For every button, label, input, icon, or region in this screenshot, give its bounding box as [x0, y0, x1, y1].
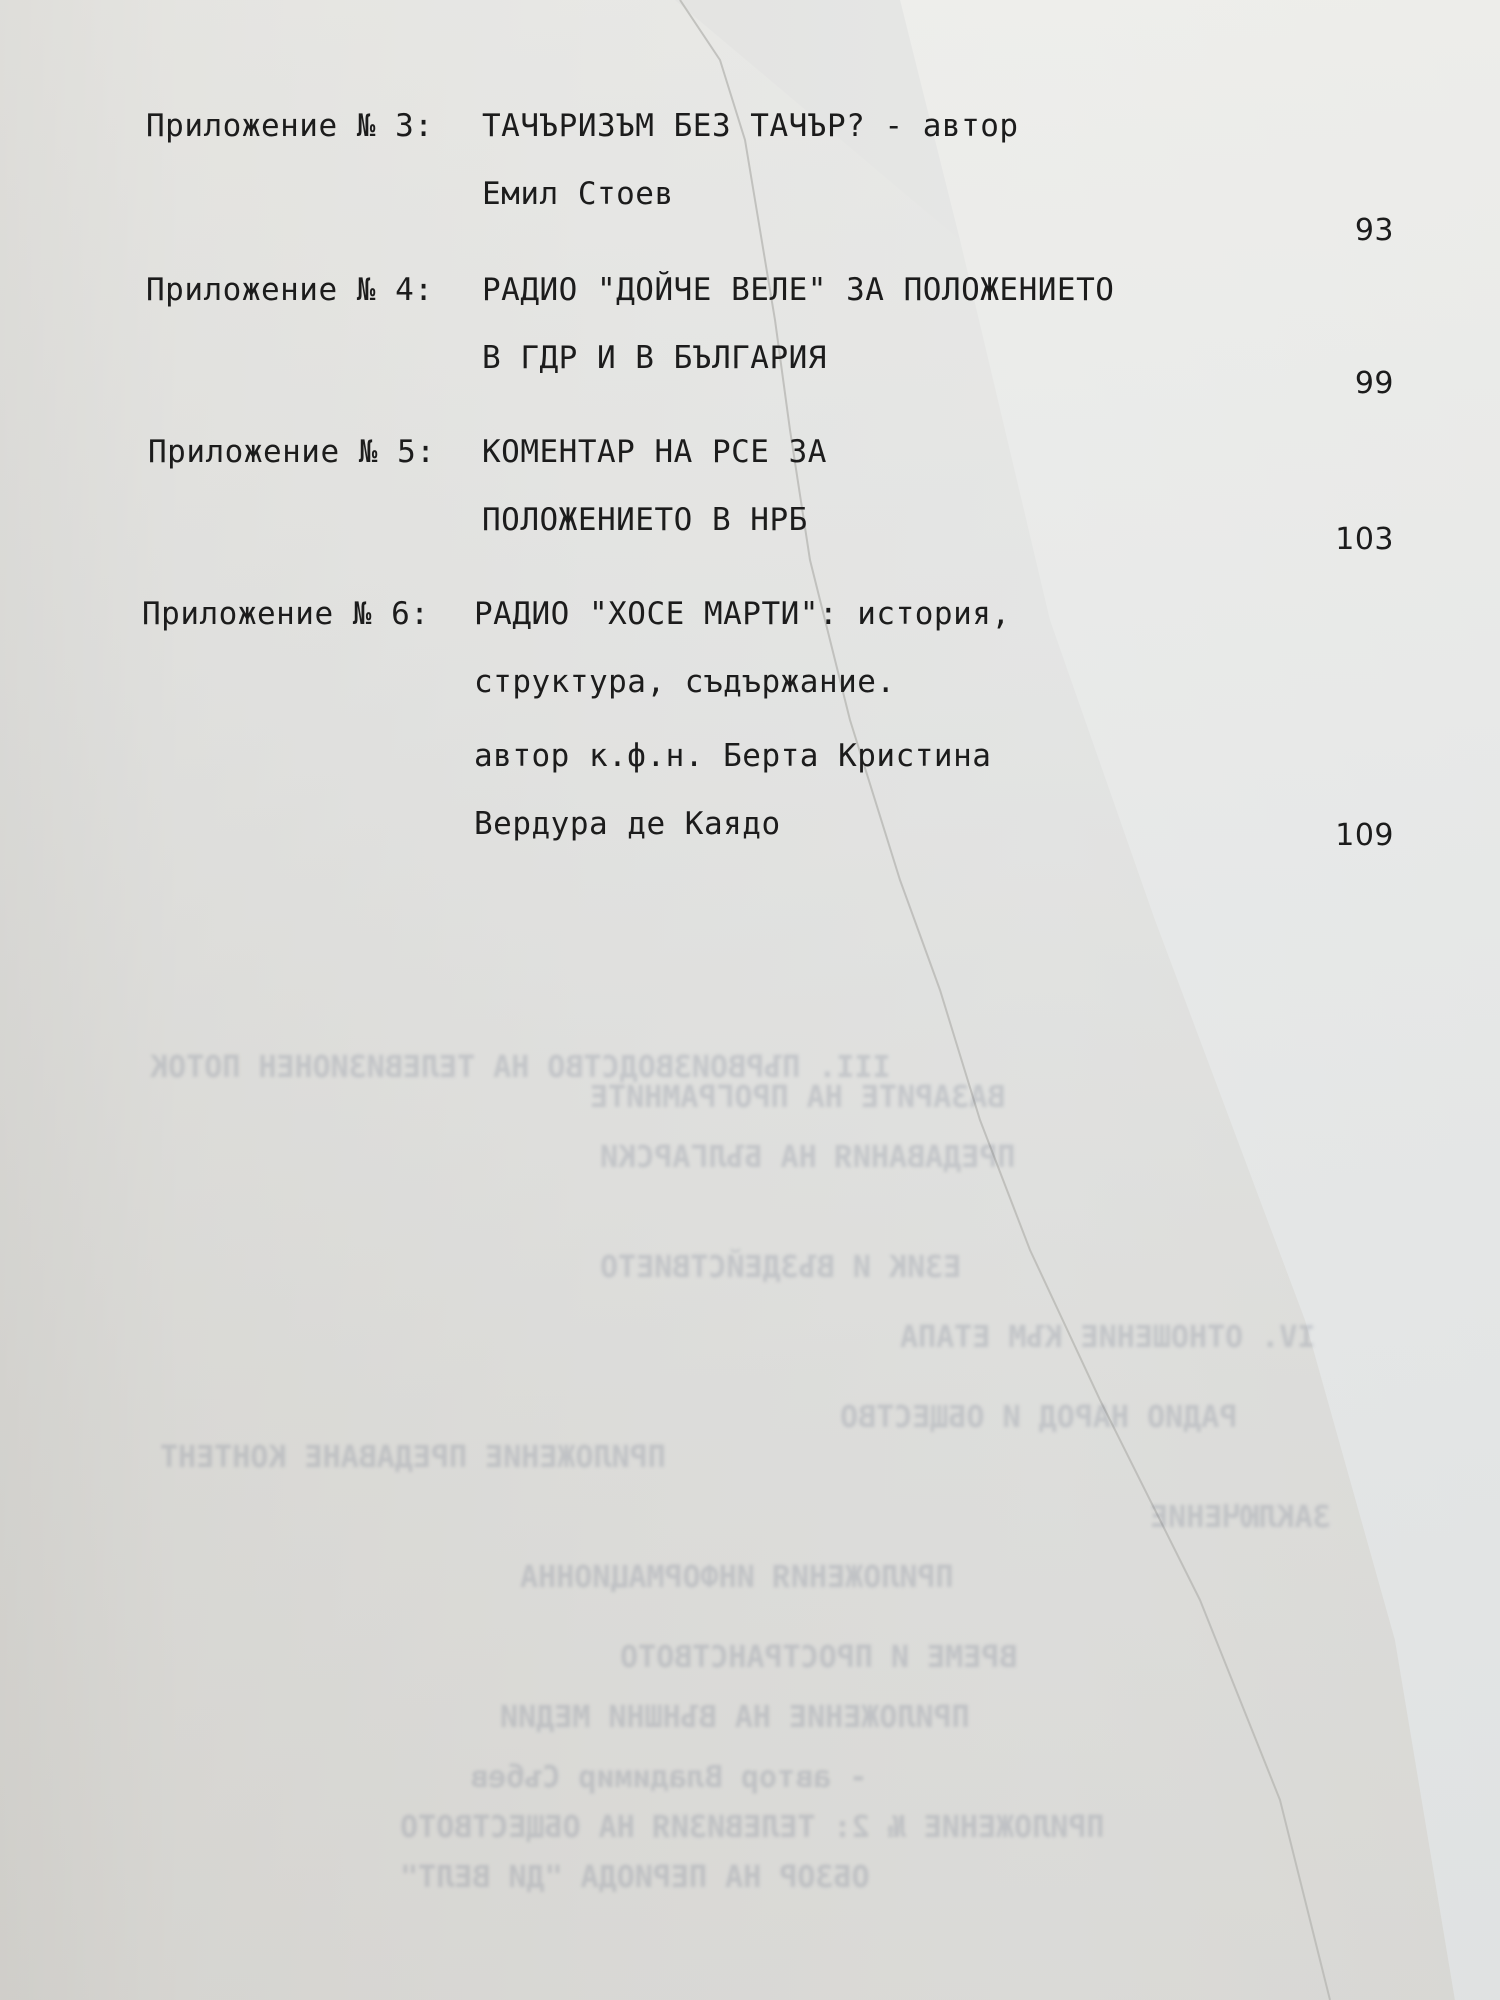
entry-title-line: В ГДР И В БЪЛГАРИЯ	[482, 340, 827, 376]
entry-title-line: РАДИО "ХОСЕ МАРТИ": история,	[474, 596, 1011, 632]
entry-label: Приложение № 6:	[142, 596, 429, 632]
table-of-contents: Приложение № 3: ТАЧЪРИЗЪМ БЕЗ ТАЧЪР? - а…	[0, 0, 1500, 900]
entry-title-line: КОМЕНТАР НА РСЕ ЗА	[482, 434, 827, 470]
entry-page-number: 99	[1355, 366, 1394, 401]
entry-title-line: ТАЧЪРИЗЪМ БЕЗ ТАЧЪР? - автор	[482, 108, 1019, 144]
entry-page-number: 93	[1355, 213, 1394, 248]
entry-label: Приложение № 5:	[148, 434, 435, 470]
entry-title-line: ПОЛОЖЕНИЕТО В НРБ	[482, 502, 808, 538]
entry-title-line: Емил Стоев	[482, 176, 674, 212]
entry-title-line: структура, съдържание.	[474, 664, 896, 700]
entry-label: Приложение № 4:	[146, 272, 433, 308]
entry-title-line: автор к.ф.н. Берта Кристина	[474, 738, 991, 774]
entry-title-line: РАДИО "ДОЙЧЕ ВЕЛЕ" ЗА ПОЛОЖЕНИЕТО	[482, 272, 1114, 308]
entry-title-line: Вердура де Каядо	[474, 806, 781, 842]
entry-page-number: 103	[1335, 522, 1394, 557]
entry-page-number: 109	[1335, 818, 1394, 853]
entry-label: Приложение № 3:	[146, 108, 433, 144]
